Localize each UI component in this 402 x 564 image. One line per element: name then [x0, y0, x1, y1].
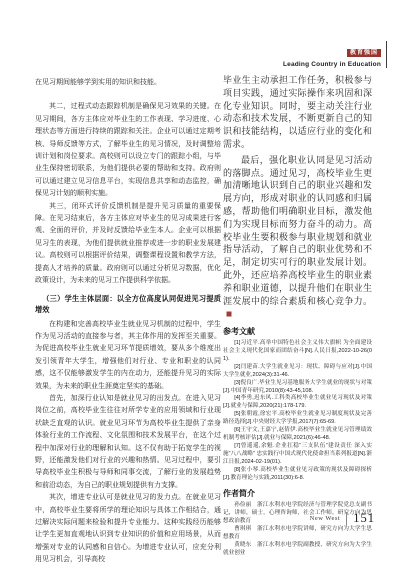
body-paragraph: 其次，增进专业认可是就业见习的发力点。在就业见习中，高校毕业生要将所学的理论知识… — [35, 492, 221, 564]
body-paragraph: 在构建和完善高校毕业生就业见习机制的过程中，学生作为见习活动的直接参与者，其主体… — [35, 319, 221, 393]
body-paragraph: 首先，加深行业认知是就业见习的出发点。在进入见习岗位之前，高校毕业生往往对所学专… — [35, 393, 221, 492]
reference-item: [2]闫建苗.大学生就业见习：现状、障碍与应对[J].中国大学生就业,2024(… — [223, 364, 372, 380]
author-bio: 黄晓东 浙江水利水电学院副教授，研究方向为大学生就业创业 — [223, 542, 372, 558]
body-paragraph: 其二，过程式动态跟踪机制是确保见习效果的关键。在见习期间，各方主体应对毕业生的工… — [35, 101, 221, 200]
journal-page: 教育强国 Leading Country in Education 在见习期间能… — [0, 0, 402, 564]
reference-item: [6]王守文,王嘉宁,赵倩伊.高校毕业生就业见习管理绩效机制考核评估[J].就业… — [223, 427, 372, 443]
reference-item: [1]习近平.高举中国特色社会主义伟大旗帜 为全面建设社会主义现代化国家而团结奋… — [223, 340, 372, 364]
end-of-article-mark — [226, 311, 232, 317]
authors-heading: 作者简介 — [223, 488, 372, 499]
reference-item: [3]倪良广.毕业生见习基地服务大学生就业的现状与对策[J].中国青年研究,20… — [223, 380, 372, 396]
reference-item: [4]李勇,迟东风.工科类高校毕业生就业见习现状及对策[J].就业与保障,202… — [223, 395, 372, 411]
header-divider — [386, 41, 387, 68]
journal-name: New West — [310, 515, 341, 522]
right-column: 毕业生主动承担工作任务，积极参与项目实践，通过实际操作来巩固和深化专业知识。同时… — [223, 74, 372, 558]
body-paragraph: 其三，闭环式评价反馈机制是提升见习质量的重要保障。在见习结束后，各方主体应对毕业… — [35, 201, 221, 288]
paragraph-text: 最后，强化职业认同是见习活动的落脚点。通过见习，高校毕业生更加清晰地认识到自己的… — [223, 155, 372, 306]
section-title-en: Leading Country in Education — [283, 61, 381, 68]
references-heading: 参考文献 — [223, 326, 372, 337]
body-paragraph: 最后，强化职业认同是见习活动的落脚点。通过见习，高校毕业生更加清晰地认识到自己的… — [223, 154, 372, 320]
section-badge: 教育强国 — [347, 49, 381, 57]
reference-item: [5]张朝霞,徐宏平.高校毕业生就业见习制度现状及完善路径选择[J].中央财经大… — [223, 411, 372, 427]
body-paragraph: 在见习期间能够学到实用的知识和技能。 — [35, 77, 221, 89]
reference-item: [8]张小琴.高校毕业生就业见习政策的现状及障碍探析[J].教育理论与实践,20… — [223, 467, 372, 483]
page-number: 151 — [353, 511, 375, 526]
body-paragraph: 毕业生主动承担工作任务，积极参与项目实践，通过实际操作来巩固和深化专业知识。同时… — [223, 74, 372, 151]
author-bio: 曹琪琪 浙江水利水电学院讲师，研究方向为大学生思想教育 — [223, 526, 372, 542]
section-header: 教育强国 Leading Country in Education — [283, 41, 387, 68]
footer-divider — [346, 512, 347, 525]
section-header-text: 教育强国 Leading Country in Education — [283, 41, 381, 68]
page-footer: New West 151 — [310, 511, 375, 526]
reference-item: [7]曾遥遥,余魁.企业扛稳“三支队伍”建设责任 深入实施“八八战略” 忠实践行… — [223, 443, 372, 467]
left-column: 在见习期间能够学到实用的知识和技能。 其二，过程式动态跟踪机制是确保见习效果的关… — [35, 77, 221, 564]
subsection-heading: （三）学生主体层面：以全方位高度认同促进见习提质增效 — [35, 293, 221, 315]
